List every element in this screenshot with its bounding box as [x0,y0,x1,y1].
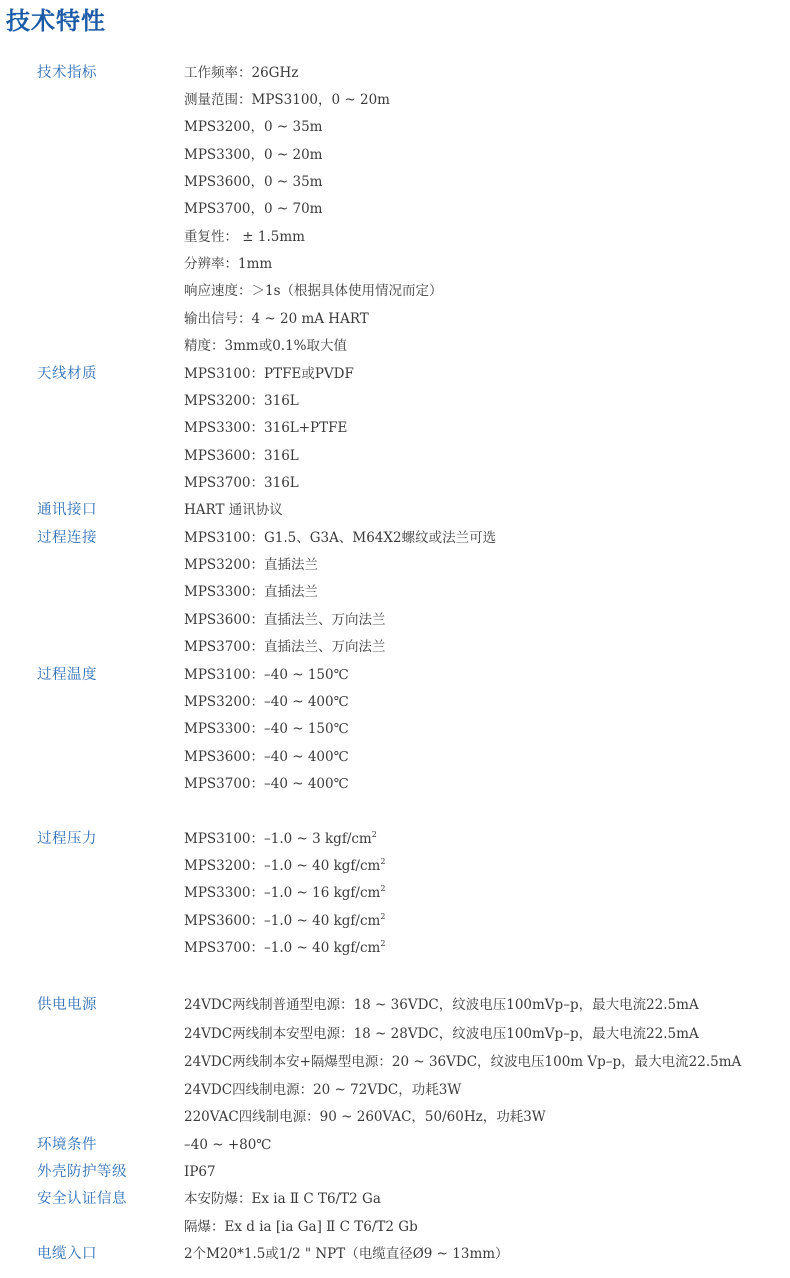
spec-value: MPS3600：316L [184,444,299,468]
spec-value: 2个M20*1.5或1/2 " NPT（电缆直径Ø9 ~ 13mm） [184,1242,509,1266]
spec-value-text: MPS3300：316L+PTFE [184,420,347,436]
spec-row: 电缆入口2个M20*1.5或1/2 " NPT（电缆直径Ø9 ~ 13mm） [0,1242,790,1266]
spec-value-text: 220VAC四线制电源：90 ~ 260VAC，50/60Hz，功耗3W [184,1109,546,1125]
spec-value: 24VDC两线制本安+隔爆型电源：20 ~ 36VDC，纹波电压100m Vp–… [184,1050,741,1074]
spec-label: 供电电源 [37,993,97,1017]
spec-row: 隔爆：Ex d ia [ia Ga] Ⅱ C T6/T2 Gb [0,1215,790,1239]
unit-superscript: 2 [380,939,385,948]
spec-value-text: MPS3100：–40 ~ 150℃ [184,667,349,683]
spec-value-text: MPS3200：316L [184,393,299,409]
spec-value: 精度：3mm或0.1%取大值 [184,334,347,358]
spec-row: 输出信号：4 ~ 20 mA HART [0,307,790,331]
spec-value-text: MPS3700：直插法兰、万向法兰 [184,639,386,655]
spec-value: MPS3600：–40 ~ 400℃ [184,745,349,769]
spec-value-text: 2个M20*1.5或1/2 " NPT（电缆直径Ø9 ~ 13mm） [184,1246,509,1262]
spec-value-text: 输出信号：4 ~ 20 mA HART [184,311,369,327]
spec-value: MPS3100：G1.5、G3A、M64X2螺纹或法兰可选 [184,526,496,550]
spec-value-text: MPS3700：–1.0 ~ 40 kgf/cm [184,940,380,956]
unit-superscript: 2 [372,830,377,839]
spec-row: MPS3600，0 ~ 35m [0,170,790,194]
spec-value: 测量范围：MPS3100，0 ~ 20m [184,88,390,112]
spec-row: MPS3200：直插法兰 [0,553,790,577]
spec-value: MPS3200：–40 ~ 400℃ [184,690,349,714]
spec-label: 电缆入口 [37,1242,97,1266]
spec-value: 24VDC两线制普通型电源：18 ~ 36VDC，纹波电压100mVp–p，最大… [184,993,699,1017]
spec-value: MPS3600：–1.0 ~ 40 kgf/cm2 [184,909,385,933]
page-title: 技术特性 [6,4,106,38]
unit-superscript: 2 [380,884,385,893]
spec-value: 隔爆：Ex d ia [ia Ga] Ⅱ C T6/T2 Gb [184,1215,418,1239]
spec-value: MPS3600：直插法兰、万向法兰 [184,608,386,632]
spec-value-text: MPS3600，0 ~ 35m [184,174,322,190]
spec-row: MPS3700：316L [0,471,790,495]
spec-value: 输出信号：4 ~ 20 mA HART [184,307,369,331]
spec-value: MPS3200：316L [184,389,299,413]
spec-value-text: MPS3200：–1.0 ~ 40 kgf/cm [184,858,380,874]
spec-row: 供电电源24VDC两线制普通型电源：18 ~ 36VDC，纹波电压100mVp–… [0,993,790,1017]
spec-row: 过程压力MPS3100：–1.0 ~ 3 kgf/cm2 [0,827,790,851]
spec-row: 通讯接口HART 通讯协议 [0,498,790,522]
spec-value: MPS3600，0 ~ 35m [184,170,322,194]
spec-value-text: MPS3200，0 ~ 35m [184,119,322,135]
spec-value-text: 测量范围：MPS3100，0 ~ 20m [184,92,390,108]
spec-value-text: 分辨率：1mm [184,256,272,272]
spec-value-text: MPS3200：直插法兰 [184,557,318,573]
spec-value: 220VAC四线制电源：90 ~ 260VAC，50/60Hz，功耗3W [184,1105,546,1129]
spec-value-text: 工作频率：26GHz [184,65,298,81]
spec-value-text: HART 通讯协议 [184,502,283,518]
spec-value-text: 24VDC四线制电源：20 ~ 72VDC，功耗3W [184,1082,461,1098]
spec-value: MPS3200：直插法兰 [184,553,318,577]
spec-row: MPS3600：–40 ~ 400℃ [0,745,790,769]
spec-value-text: 隔爆：Ex d ia [ia Ga] Ⅱ C T6/T2 Gb [184,1219,418,1235]
spec-row: MPS3200：316L [0,389,790,413]
spec-value: MPS3700：–40 ~ 400℃ [184,772,349,796]
spec-row: 过程温度MPS3100：–40 ~ 150℃ [0,663,790,687]
spec-row: MPS3200：–1.0 ~ 40 kgf/cm2 [0,854,790,878]
spec-row: 220VAC四线制电源：90 ~ 260VAC，50/60Hz，功耗3W [0,1105,790,1129]
spec-value: IP67 [184,1160,216,1184]
spec-value: MPS3300：–1.0 ~ 16 kgf/cm2 [184,881,385,905]
spec-value-text: MPS3100：G1.5、G3A、M64X2螺纹或法兰可选 [184,530,496,546]
spec-row: MPS3700，0 ~ 70m [0,197,790,221]
spec-row: MPS3200：–40 ~ 400℃ [0,690,790,714]
spec-value-text: MPS3700，0 ~ 70m [184,201,322,217]
spec-row: 安全认证信息本安防爆：Ex ia Ⅱ C T6/T2 Ga [0,1187,790,1211]
spec-value-text: MPS3100：PTFE或PVDF [184,366,354,382]
spec-value: MPS3300：316L+PTFE [184,416,347,440]
spec-label: 外壳防护等级 [37,1160,127,1184]
spec-row: 24VDC四线制电源：20 ~ 72VDC，功耗3W [0,1078,790,1102]
spec-value: 分辨率：1mm [184,252,272,276]
spec-value-text: MPS3300，0 ~ 20m [184,147,322,163]
spec-value-text: MPS3600：–40 ~ 400℃ [184,749,349,765]
spec-row: MPS3600：316L [0,444,790,468]
spec-row: 24VDC两线制本安+隔爆型电源：20 ~ 36VDC，纹波电压100m Vp–… [0,1050,790,1074]
spec-row: MPS3300：316L+PTFE [0,416,790,440]
spec-value: HART 通讯协议 [184,498,283,522]
spec-value-text: MPS3700：–40 ~ 400℃ [184,776,349,792]
spec-value: 本安防爆：Ex ia Ⅱ C T6/T2 Ga [184,1187,381,1211]
spec-value: MPS3700：316L [184,471,299,495]
spec-label: 过程连接 [37,526,97,550]
spec-row: 过程连接MPS3100：G1.5、G3A、M64X2螺纹或法兰可选 [0,526,790,550]
unit-superscript: 2 [380,857,385,866]
spec-row: 天线材质MPS3100：PTFE或PVDF [0,362,790,386]
spec-row: MPS3300，0 ~ 20m [0,143,790,167]
spec-row: MPS3600：直插法兰、万向法兰 [0,608,790,632]
spec-row: 重复性： ± 1.5mm [0,225,790,249]
spec-value-text: 本安防爆：Ex ia Ⅱ C T6/T2 Ga [184,1191,381,1207]
spec-row: 分辨率：1mm [0,252,790,276]
spec-label: 通讯接口 [37,498,97,522]
spec-row: MPS3700：–40 ~ 400℃ [0,772,790,796]
spec-value-text: MPS3200：–40 ~ 400℃ [184,694,349,710]
spec-label: 天线材质 [37,362,97,386]
spec-row: 环境条件–40 ~ +80℃ [0,1133,790,1157]
spec-label: 过程温度 [37,663,97,687]
spec-row: 外壳防护等级IP67 [0,1160,790,1184]
spec-row: 测量范围：MPS3100，0 ~ 20m [0,88,790,112]
spec-value: –40 ~ +80℃ [184,1133,271,1157]
spec-value-text: MPS3600：–1.0 ~ 40 kgf/cm [184,913,380,929]
spec-value: MPS3100：–40 ~ 150℃ [184,663,349,687]
spec-row: 24VDC两线制本安型电源：18 ~ 28VDC，纹波电压100mVp–p，最大… [0,1022,790,1046]
spec-value: MPS3700，0 ~ 70m [184,197,322,221]
spec-value: MPS3100：PTFE或PVDF [184,362,354,386]
spec-value-text: MPS3600：直插法兰、万向法兰 [184,612,386,628]
spec-label: 技术指标 [37,61,97,85]
spec-value-text: 24VDC两线制本安+隔爆型电源：20 ~ 36VDC，纹波电压100m Vp–… [184,1054,741,1070]
spec-value-text: MPS3100：–1.0 ~ 3 kgf/cm [184,831,372,847]
spec-value: 重复性： ± 1.5mm [184,225,305,249]
spec-value: 工作频率：26GHz [184,61,298,85]
spec-value-text: IP67 [184,1164,216,1180]
spec-value-text: 重复性： ± 1.5mm [184,229,305,245]
spec-value: MPS3700：直插法兰、万向法兰 [184,635,386,659]
spec-value-text: 24VDC两线制本安型电源：18 ~ 28VDC，纹波电压100mVp–p，最大… [184,1026,699,1042]
spec-value: MPS3200：–1.0 ~ 40 kgf/cm2 [184,854,385,878]
spec-row: MPS3300：直插法兰 [0,580,790,604]
spec-value-text: 响应速度：＞1s（根据具体使用情况而定） [184,283,443,299]
spec-label: 环境条件 [37,1133,97,1157]
spec-value-text: –40 ~ +80℃ [184,1137,271,1153]
unit-superscript: 2 [380,912,385,921]
spec-value: MPS3300，0 ~ 20m [184,143,322,167]
spec-value: 24VDC四线制电源：20 ~ 72VDC，功耗3W [184,1078,461,1102]
spec-label: 过程压力 [37,827,97,851]
spec-row: MPS3700：直插法兰、万向法兰 [0,635,790,659]
spec-value-text: 精度：3mm或0.1%取大值 [184,338,347,354]
spec-row: MPS3700：–1.0 ~ 40 kgf/cm2 [0,936,790,960]
spec-row: MPS3600：–1.0 ~ 40 kgf/cm2 [0,909,790,933]
spec-row: MPS3300：–1.0 ~ 16 kgf/cm2 [0,881,790,905]
spec-value-text: MPS3300：直插法兰 [184,584,318,600]
spec-label: 安全认证信息 [37,1187,127,1211]
spec-value-text: MPS3300：–1.0 ~ 16 kgf/cm [184,885,380,901]
spec-value: 响应速度：＞1s（根据具体使用情况而定） [184,279,443,303]
spec-row: MPS3300：–40 ~ 150℃ [0,717,790,741]
spec-row: 响应速度：＞1s（根据具体使用情况而定） [0,279,790,303]
spec-value: MPS3700：–1.0 ~ 40 kgf/cm2 [184,936,385,960]
spec-value-text: 24VDC两线制普通型电源：18 ~ 36VDC，纹波电压100mVp–p，最大… [184,997,699,1013]
spec-value: MPS3200，0 ~ 35m [184,115,322,139]
spec-value-text: MPS3600：316L [184,448,299,464]
spec-row: MPS3200，0 ~ 35m [0,115,790,139]
spec-value-text: MPS3700：316L [184,475,299,491]
spec-value: MPS3300：–40 ~ 150℃ [184,717,349,741]
spec-row: 技术指标工作频率：26GHz [0,61,790,85]
spec-value: MPS3100：–1.0 ~ 3 kgf/cm2 [184,827,377,851]
spec-value-text: MPS3300：–40 ~ 150℃ [184,721,349,737]
spec-value: MPS3300：直插法兰 [184,580,318,604]
spec-row: 精度：3mm或0.1%取大值 [0,334,790,358]
spec-value: 24VDC两线制本安型电源：18 ~ 28VDC，纹波电压100mVp–p，最大… [184,1022,699,1046]
